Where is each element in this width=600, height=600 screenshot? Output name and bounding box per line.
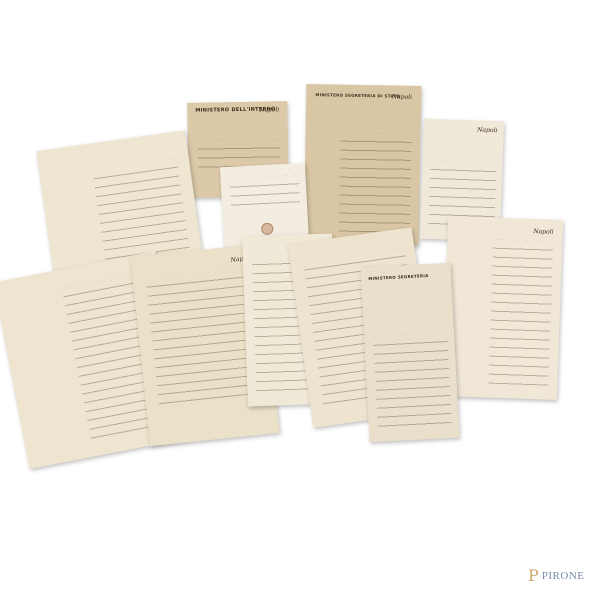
letter-date: Napoli	[477, 127, 497, 135]
letterhead: MINISTERO SEGRETERIA DI STATO	[315, 92, 400, 98]
letter-date: Napoli	[392, 94, 412, 101]
watermark-text: PIRONE	[542, 570, 585, 582]
watermark-logo: P PIRONE	[528, 568, 585, 584]
letter-date: Napoli	[259, 106, 279, 113]
pirone-logo-icon: P	[528, 568, 539, 584]
letter-doc-3: MINISTERO SEGRETERIA DI STATO Napoli	[304, 84, 422, 246]
wax-seal	[261, 223, 274, 236]
photo-scene: MINISTERO DELL'INTERNO Napoli MINISTERO …	[0, 0, 600, 600]
letter-date: Napoli	[533, 228, 553, 236]
